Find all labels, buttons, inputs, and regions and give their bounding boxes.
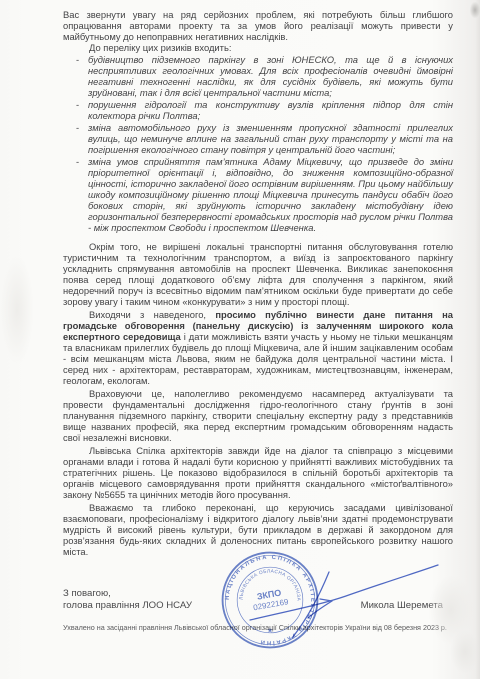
paragraph-union-dialog: Львівська Спілка архітекторів завжди йде… [63,445,453,500]
paragraph-recommendation: Враховуючи це, наполегливо рекомендуємо … [63,388,453,443]
paragraph-okrim: Окрім того, не вирішені локальні транспо… [63,241,453,307]
signer-title: голова правління ЛОО НСАУ [63,600,192,612]
list-item: зміна умов сприйняття пам’ятника Адаму М… [75,156,453,233]
list-item: зміна автомобільного руху із зменшенням … [75,122,453,155]
list-item: порушення гідрології та конструктиву вуз… [75,99,453,121]
risk-list: будівництво підземного паркінгу в зоні Ю… [75,54,453,233]
paragraph-risk-lead: До переліку цих ризиків входить: [63,42,453,53]
letter-body: Вас звернути увагу на ряд серйозних проб… [63,9,453,557]
signature-arrow-stroke [320,599,332,601]
request-prefix: Виходячи з наведеного, [89,309,215,320]
paragraph-request: Виходячи з наведеного, просимо публічно … [63,309,453,386]
list-item: будівництво підземного паркінгу в зоні Ю… [75,54,453,98]
signature-main-stroke [250,565,438,620]
paragraph-intro: Вас звернути увагу на ряд серйозних проб… [63,9,453,42]
signature-cross-stroke [292,572,329,638]
signature-ink [228,548,456,650]
